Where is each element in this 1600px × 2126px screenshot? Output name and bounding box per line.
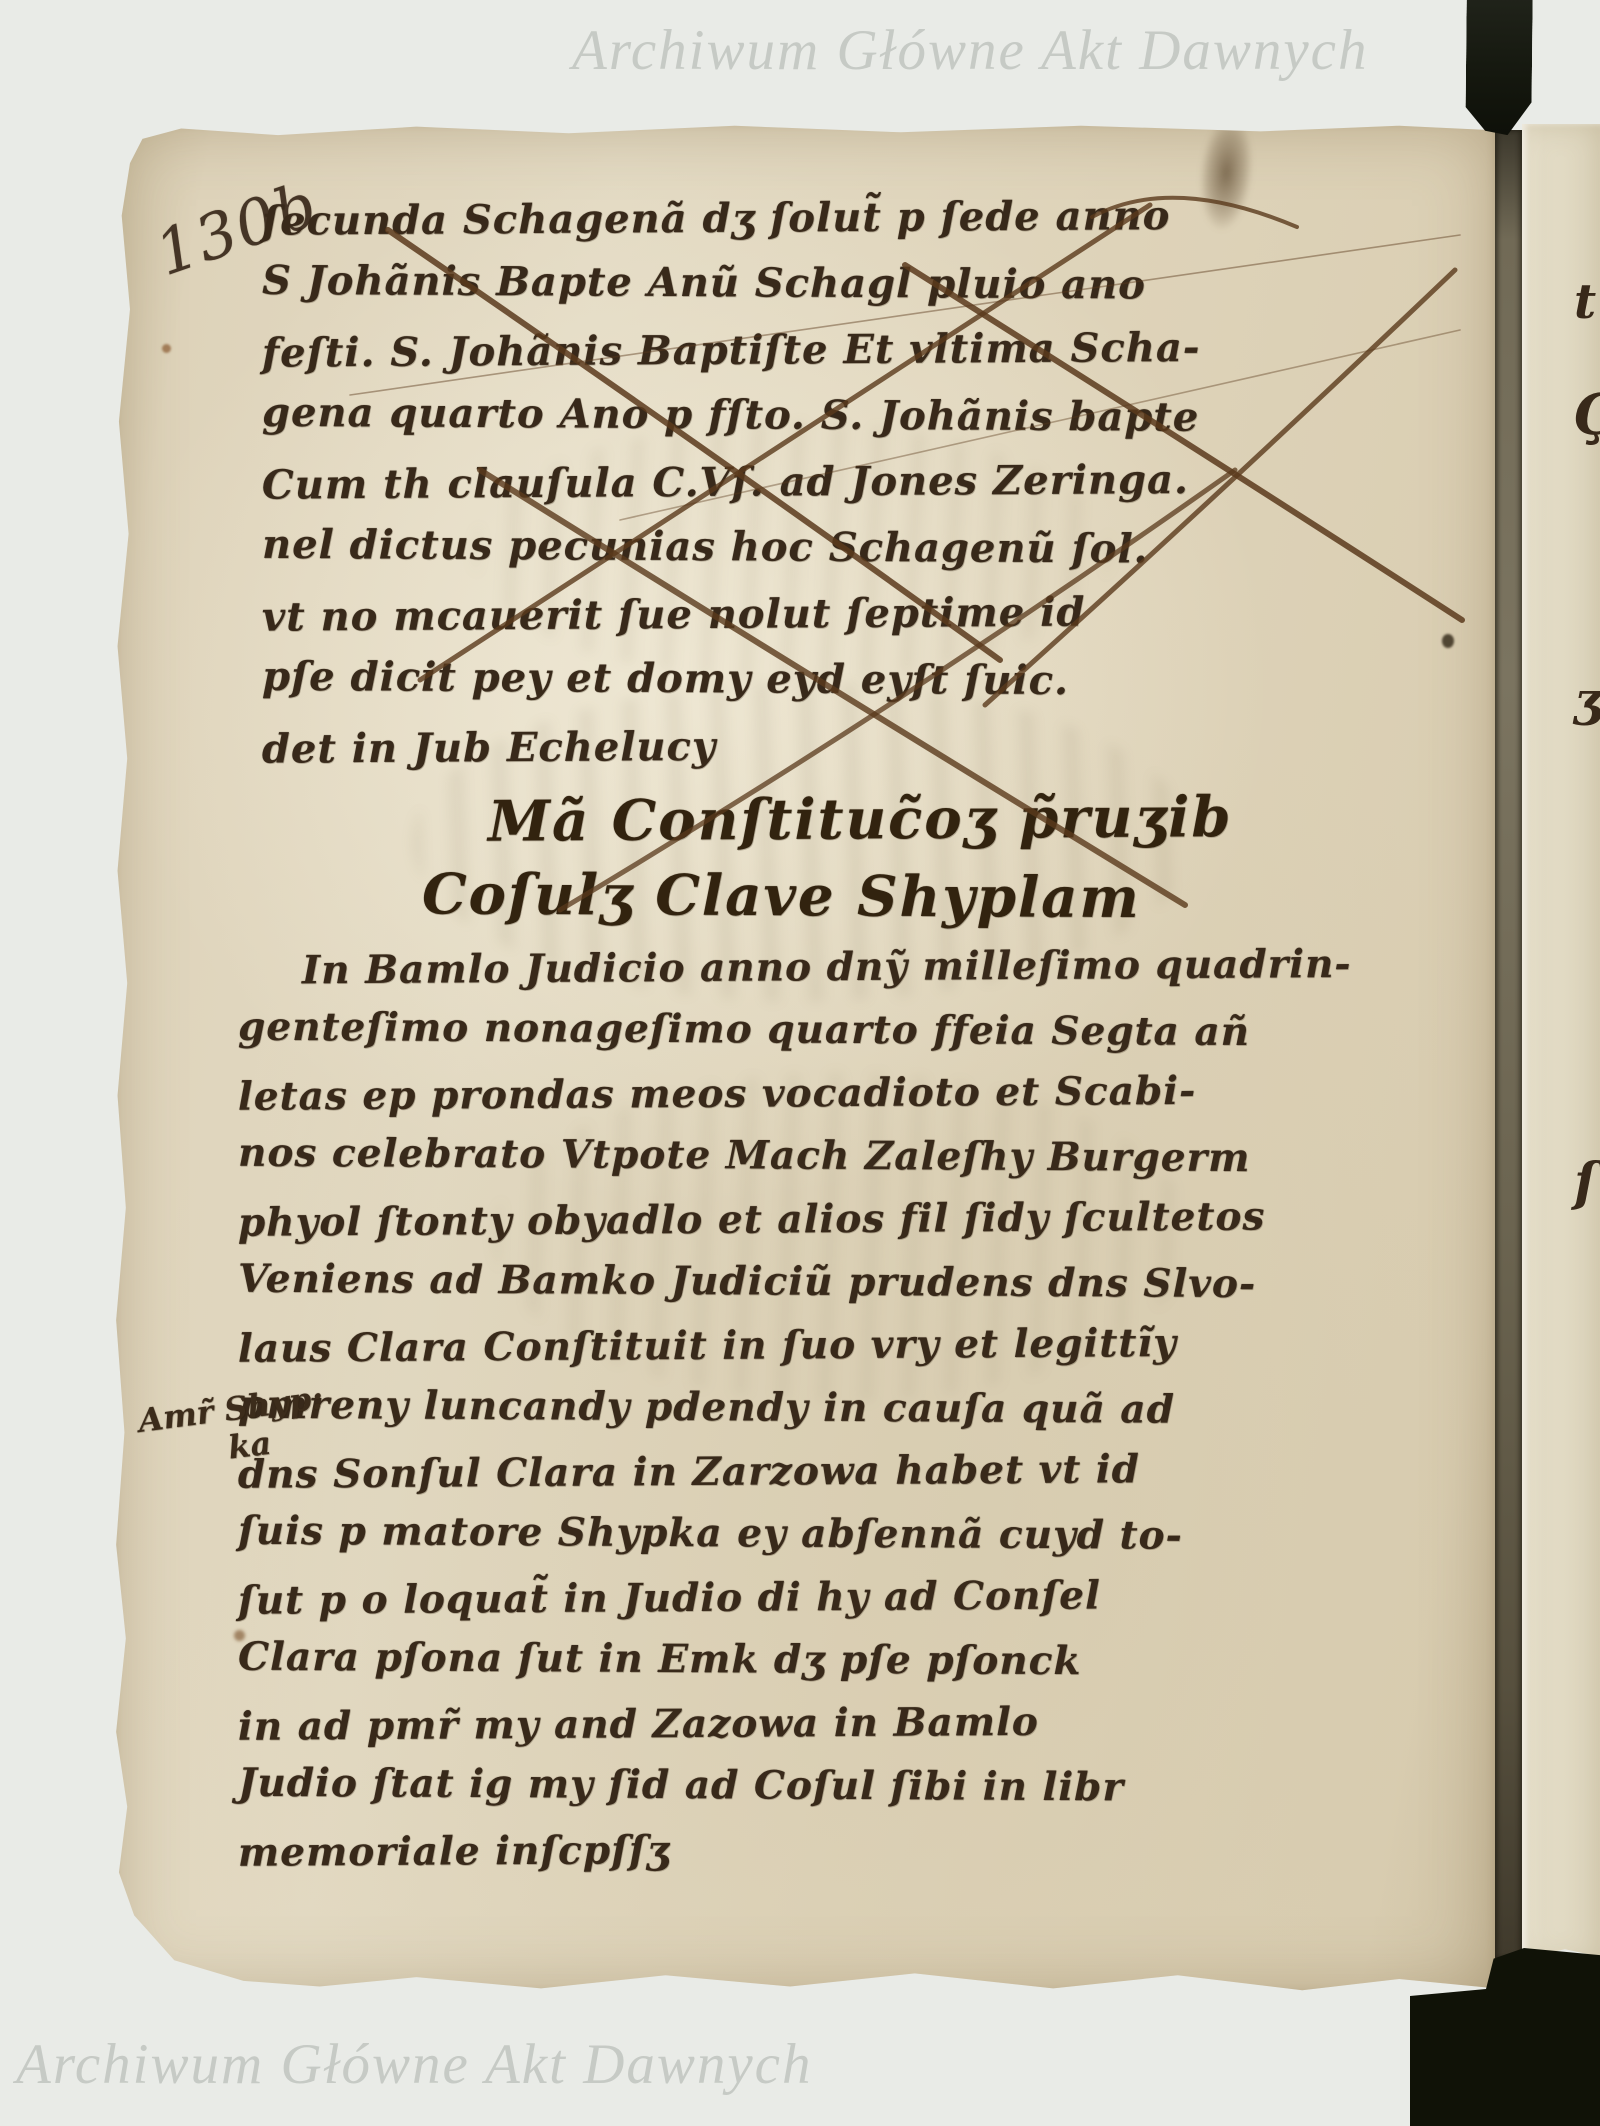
manuscript-line: dns Sonſul Clara in Zarzowa habet vt id [238,1444,1478,1515]
facing-page-ink-fragment: ʒ [1574,672,1600,728]
manuscript-line: Judio ſtat ig my ſid ad Coſul ſibi in li… [238,1760,1478,1829]
facing-page-edge: t Ç ʒ ſ [1522,124,1600,1964]
manuscript-line: pſe dicit pey et domy eyd eyſt ſuic. [262,653,1462,725]
manuscript-page: 130b ſecunda Schagenã dʒ ſolut̃ p ſede a… [112,122,1496,1994]
manuscript-line: vt no mcauerit ſue nolut ſeptime id [262,586,1462,659]
facing-page-ink-fragment: ſ [1574,1152,1596,1213]
manuscript-line: memoriale inſcpſſʒ [238,1822,1478,1893]
manuscript-line: ſuis p matore Shypka ey abſennã cuyd to- [238,1508,1478,1577]
manuscript-line: Veniens ad Bamko Judiciũ prudens dns Slv… [238,1256,1478,1325]
facing-page-ink-fragment: Ç [1574,382,1600,448]
section-heading: Mã Conſtituc̃oʒ p̃ruʒib Coſulʒ Clave Shy… [422,786,1442,942]
struck-paragraph: ſecunda Schagenã dʒ ſolut̃ p ſede anno S… [262,194,1462,788]
manuscript-line: phyol ſtonty obyadlo et alios fil ſidy ſ… [238,1192,1478,1263]
heading-line: Mã Conſtituc̃oʒ p̃ruʒib [422,783,1442,867]
manuscript-line: in ad pmr̃ my and Zazowa in Bamlo [238,1696,1478,1767]
archive-scan: Archiwum Główne Akt Dawnych 130b ſecunda… [0,0,1600,2126]
manuscript-line: pmreny luncandy pdendy in cauſa quã ad [238,1382,1478,1451]
manuscript-line: nos celebrato Vtpote Mach Zaleſhy Burger… [238,1130,1478,1199]
manuscript-line: laus Clara Conſtituit in ſuo vry et legi… [238,1318,1478,1389]
bookmark-ribbon [1465,0,1532,135]
manuscript-line: genteſimo nonageſimo quarto ffeia Segta … [238,1004,1478,1073]
manuscript-line: nel dictus pecunias hoc Schagenũ ſol. [262,521,1462,593]
archive-watermark-top: Archiwum Główne Akt Dawnych [572,18,1368,83]
manuscript-line: letas ep prondas meos vocadioto et Scabi… [238,1066,1478,1137]
manuscript-line: S Johãnis Bapte Anũ Schagl pluio ano [262,257,1462,329]
manuscript-line: ſecunda Schagenã dʒ ſolut̃ p ſede anno [262,190,1462,263]
manuscript-line: det in Jub Echelucy [262,718,1462,791]
facing-page-ink-fragment: t [1574,274,1596,330]
manuscript-line: In Bamlo Judicio anno dnỹ milleſimo quad… [238,940,1478,1011]
manuscript-line: Clara pſona ſut in Emk dʒ pſe pſonck [238,1634,1478,1703]
book-gutter [1495,130,1522,1958]
heading-line: Coſulʒ Clave Shyplam [422,861,1442,944]
stain-spot [234,1630,245,1641]
ink-smudge [1178,120,1272,250]
stain-spot [162,344,171,353]
manuscript-line: ſut p o loquat̃ in Judio di hy ad Conſel [238,1570,1478,1641]
body-paragraph: In Bamlo Judicio anno dnỹ milleſimo quad… [238,944,1478,1889]
manuscript-line: Cum th clauſula C.Vſ. ad Jones Zeringa. [262,454,1462,527]
manuscript-line: gena quarto Ano p fſto. S. Johãnis bapte [262,389,1462,461]
manuscript-line: feſti. S. Johãnis Baptiſte Et vltima Sch… [262,322,1462,395]
archive-watermark-bottom: Archiwum Główne Akt Dawnych [16,2032,812,2097]
stain-spot [1442,634,1454,648]
